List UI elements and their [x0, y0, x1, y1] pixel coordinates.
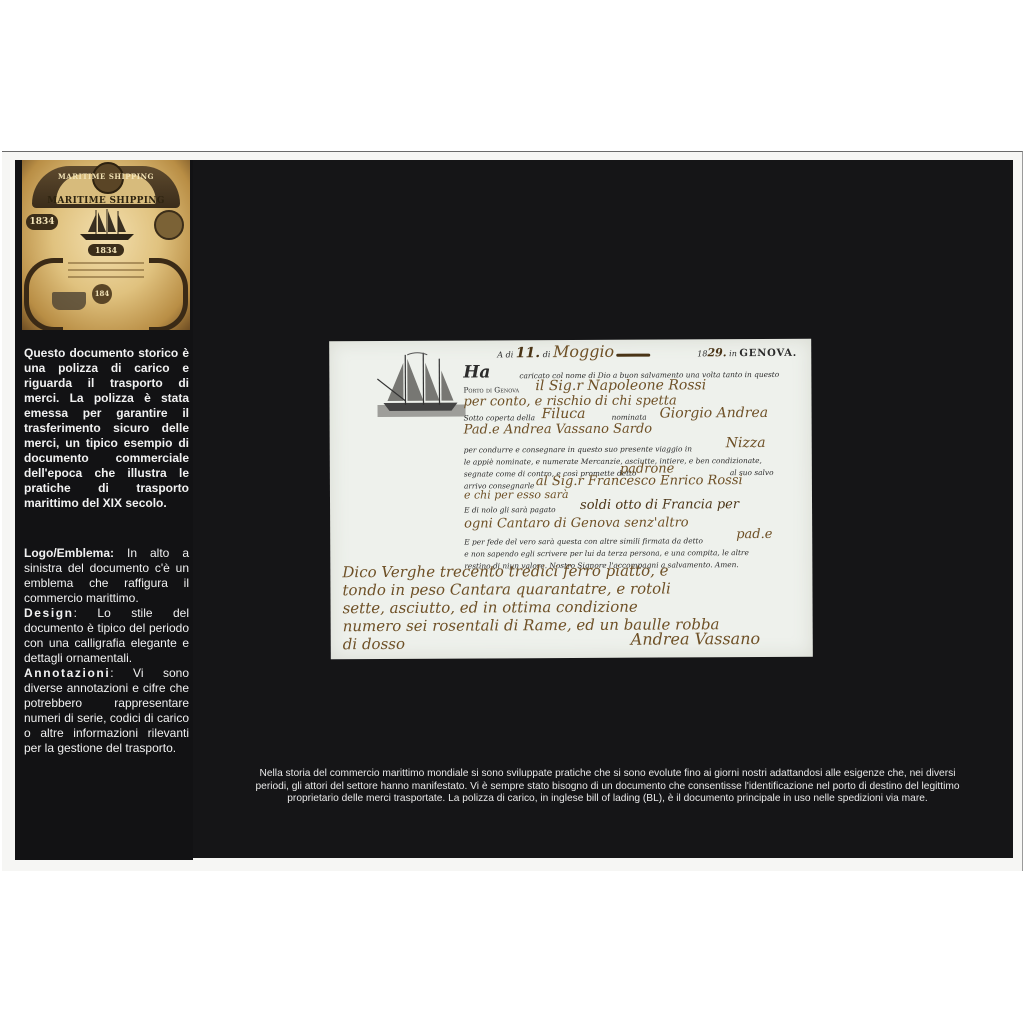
sailing-ship-icon — [76, 208, 138, 242]
doc-consignee-line2: e chi per esso sarà — [464, 488, 569, 502]
doc-master-line2: Pad.e Andrea Vassano Sardo — [464, 422, 653, 438]
ornament-scroll-right-icon — [149, 258, 188, 330]
emblem-banner-text: MARITIME SHIPPING — [22, 172, 190, 181]
ship-engraving-icon — [373, 349, 469, 426]
detail-design: Design: Lo stile del documento è tipico … — [24, 606, 189, 666]
doc-initial: Ha — [463, 366, 490, 378]
emblem-script-line — [68, 276, 144, 278]
emblem-seal-icon — [154, 210, 184, 240]
doc-date-line: A di 11. di Moggio 1829. in GENOVA. — [497, 345, 797, 362]
detail-annotations: Annotazioni: Vi sono diverse annotazioni… — [24, 666, 189, 756]
cargo-line: tondo in peso Cantara quarantatre, e rot… — [342, 579, 719, 599]
doc-freight-line2: ogni Cantaro di Genova senz'altro — [464, 515, 689, 531]
bill-of-lading-document: A di 11. di Moggio 1829. in GENOVA. Ha c… — [329, 339, 813, 660]
doc-line-10: E di nolo gli sarà pagato — [464, 504, 556, 517]
emblem-script-line — [68, 269, 144, 271]
doc-consignee: al Sig.r Francesco Enrico Rossi — [536, 473, 743, 489]
cargo-line: Dico Verghe trecento tredici ferro piatt… — [342, 561, 719, 581]
emblem-year-center: 1834 — [88, 244, 124, 256]
cargo-line: sette, asciutto, ed in ottima condizione — [343, 597, 720, 617]
steamship-icon — [52, 292, 86, 310]
doc-shipper: il Sig.r Napoleone Rossi — [535, 377, 706, 394]
intro-paragraph: Questo documento storico è una polizza d… — [24, 346, 189, 511]
detail-logo: Logo/Emblema: In alto a sinistra del doc… — [24, 546, 189, 606]
emblem-script-line — [68, 262, 144, 264]
emblem-seal-bottom: 184 — [92, 284, 112, 304]
doc-signer-short: pad.e — [736, 527, 772, 542]
detail-logo-heading: Logo/Emblema: — [24, 546, 114, 560]
emblem-title: MARITIME SHIPPING — [22, 196, 190, 206]
doc-signature: Andrea Vassano — [631, 629, 760, 649]
caption-paragraph: Nella storia del commercio marittimo mon… — [220, 768, 995, 806]
doc-vessel: Filuca — [542, 406, 586, 422]
doc-master: Giorgio Andrea — [660, 405, 769, 422]
doc-line-6: le appiè nominate, e numerate Mercanzie,… — [464, 455, 762, 469]
doc-place: GENOVA. — [739, 348, 797, 359]
doc-destination: Nizza — [726, 435, 766, 451]
maritime-shipping-emblem-image: MARITIME SHIPPING MARITIME SHIPPING 1834… — [22, 160, 190, 330]
doc-day: 11. — [516, 345, 540, 361]
detail-annotations-heading: Annotazioni — [24, 666, 110, 680]
caption-line: periodi, gli attori del settore hanno ma… — [220, 781, 995, 794]
emblem-year-left: 1834 — [26, 214, 58, 230]
doc-year: 29. — [707, 346, 726, 359]
caption-line: Nella storia del commercio marittimo mon… — [220, 768, 995, 781]
caption-line: proprietario delle merci trasportate. La… — [220, 793, 995, 806]
details-list: Logo/Emblema: In alto a sinistra del doc… — [24, 546, 189, 756]
detail-design-heading: Design — [24, 606, 74, 620]
doc-month: Moggio — [553, 342, 614, 361]
doc-freight: soldi otto di Francia per — [580, 497, 739, 513]
